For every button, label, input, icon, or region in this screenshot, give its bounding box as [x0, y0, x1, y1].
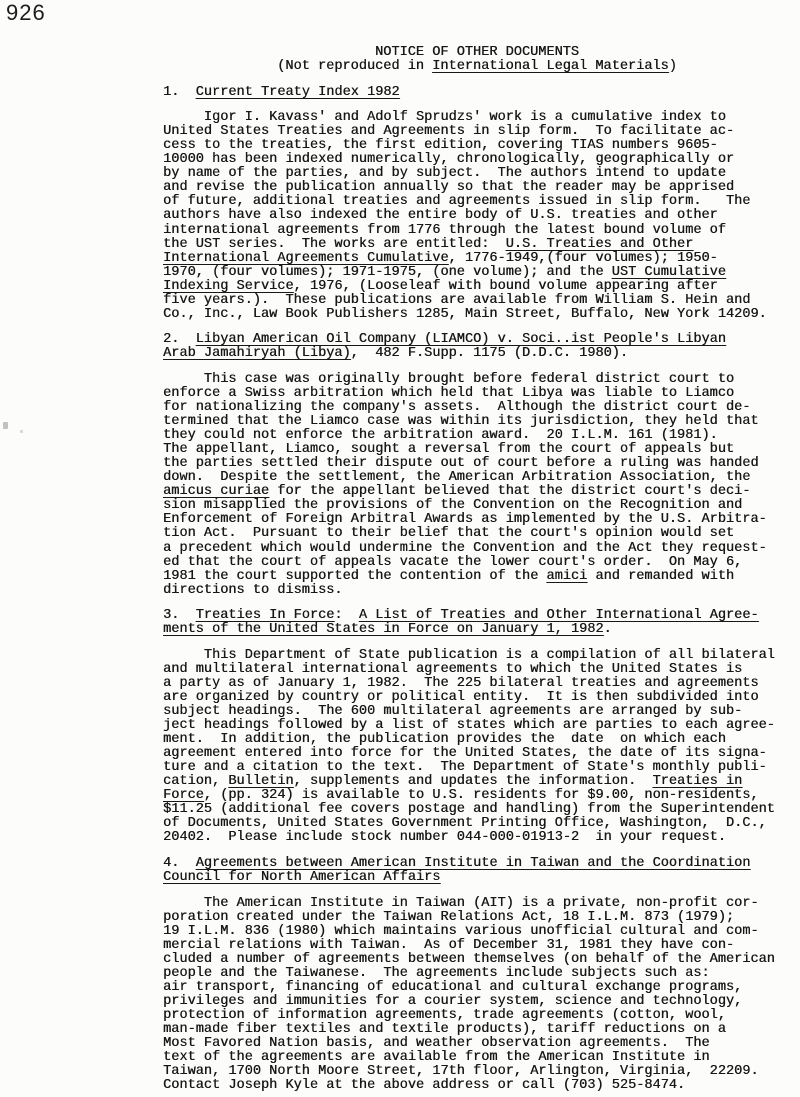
text-line: privileges and immunities for a courier …: [163, 995, 791, 1009]
text-line: 19 I.L.M. 836 (1980) which maintains var…: [163, 925, 791, 939]
text-line: ment. In addition, the publication provi…: [163, 733, 791, 747]
section-heading: 4. Agreements between American Institute…: [163, 857, 791, 885]
text-line: of Documents, United States Government P…: [163, 817, 791, 831]
ink-speck: [20, 430, 23, 433]
text-line: agreement entered into force for the Uni…: [163, 747, 791, 761]
text-line: by name of the parties, and by subject. …: [163, 167, 791, 181]
document-subtitle: (Not reproduced in International Legal M…: [163, 60, 791, 74]
text-line: The appellant, Liamco, sought a reversal…: [163, 443, 791, 457]
text-line: are organized by country or political en…: [163, 691, 791, 705]
text-line: cess to the treaties, the first edition,…: [163, 139, 791, 153]
text-line: tion Act. Pursuant to their belief that …: [163, 527, 791, 541]
text-line: International Agreements Cumulative, 177…: [163, 252, 791, 266]
document-body: NOTICE OF OTHER DOCUMENTS (Not reproduce…: [163, 46, 791, 1097]
section-body: The American Institute in Taiwan (AIT) i…: [163, 897, 791, 1094]
notice-section: 3. Treaties In Force: A List of Treaties…: [163, 609, 791, 845]
text-line: Force, (pp. 324) is available to U.S. re…: [163, 789, 791, 803]
text-line: 1970, (four volumes); 1971-1975, (one vo…: [163, 266, 791, 280]
text-line: termined that the Liamco case was within…: [163, 415, 791, 429]
text-line: Arab Jamahiryah (Libya), 482 F.Supp. 117…: [163, 347, 791, 361]
section-body: This case was originally brought before …: [163, 373, 791, 598]
text-line: 2. Libyan American Oil Company (LIAMCO) …: [163, 333, 791, 347]
sections: 1. Current Treaty Index 1982 Igor I. Kav…: [163, 86, 791, 1094]
text-line: (Not reproduced in International Legal M…: [163, 60, 791, 74]
text-line: Enforcement of Foreign Arbitral Awards a…: [163, 513, 791, 527]
text-line: sion misapplied the provisions of the Co…: [163, 499, 791, 513]
text-line: text of the agreements are available fro…: [163, 1051, 791, 1065]
notice-section: 4. Agreements between American Institute…: [163, 857, 791, 1093]
notice-section: 1. Current Treaty Index 1982 Igor I. Kav…: [163, 86, 791, 322]
text-line: Contact Joseph Kyle at the above address…: [163, 1079, 791, 1093]
document-header: NOTICE OF OTHER DOCUMENTS (Not reproduce…: [163, 46, 791, 74]
text-line: 4. Agreements between American Institute…: [163, 857, 791, 871]
text-line: authors have also indexed the entire bod…: [163, 209, 791, 223]
document-title: NOTICE OF OTHER DOCUMENTS: [163, 46, 791, 60]
text-line: air transport, financing of educational …: [163, 981, 791, 995]
text-line: amicus curiae for the appellant believed…: [163, 485, 791, 499]
text-line: 10000 has been indexed numerically, chro…: [163, 153, 791, 167]
text-line: five years.). These publications are ava…: [163, 294, 791, 308]
text-line: cluded a number of agreements between th…: [163, 953, 791, 967]
text-line: 3. Treaties In Force: A List of Treaties…: [163, 609, 791, 623]
text-line: protection of information agreements, tr…: [163, 1009, 791, 1023]
text-line: The American Institute in Taiwan (AIT) i…: [163, 897, 791, 911]
text-line: ments of the United States in Force on J…: [163, 623, 791, 637]
section-body: Igor I. Kavass' and Adolf Sprudzs' work …: [163, 111, 791, 322]
text-line: subject headings. The 600 multilateral a…: [163, 705, 791, 719]
text-line: Taiwan, 1700 North Moore Street, 17th fl…: [163, 1065, 791, 1079]
text-line: a party as of January 1, 1982. The 225 b…: [163, 677, 791, 691]
notice-section: 2. Libyan American Oil Company (LIAMCO) …: [163, 333, 791, 597]
text-line: they could not enforce the arbitration a…: [163, 429, 791, 443]
text-line: and multilateral international agreement…: [163, 663, 791, 677]
text-line: of future, additional treaties and agree…: [163, 195, 791, 209]
text-line: 20402. Please include stock number 044-0…: [163, 831, 791, 845]
scanned-document-page: 926 NOTICE OF OTHER DOCUMENTS (Not repro…: [0, 0, 800, 1097]
text-line: This case was originally brought before …: [163, 373, 791, 387]
text-line: mercial relations with Taiwan. As of Dec…: [163, 939, 791, 953]
text-line: for nationalizing the company's assets. …: [163, 401, 791, 415]
text-line: a precedent which would undermine the Co…: [163, 542, 791, 556]
text-line: $11.25 (additional fee covers postage an…: [163, 803, 791, 817]
section-heading: 2. Libyan American Oil Company (LIAMCO) …: [163, 333, 791, 361]
text-line: directions to dismiss.: [163, 584, 791, 598]
text-line: enforce a Swiss arbitration which held t…: [163, 387, 791, 401]
text-line: down. Despite the settlement, the Americ…: [163, 471, 791, 485]
section-heading: 3. Treaties In Force: A List of Treaties…: [163, 609, 791, 637]
text-line: Most Favored Nation basis, and weather o…: [163, 1037, 791, 1051]
text-line: ed that the court of appeals vacate the …: [163, 556, 791, 570]
text-line: people and the Taiwanese. The agreements…: [163, 967, 791, 981]
ink-speck: [3, 422, 8, 429]
text-line: 1. Current Treaty Index 1982: [163, 86, 791, 100]
text-line: man-made fiber textiles and textile prod…: [163, 1023, 791, 1037]
section-heading: 1. Current Treaty Index 1982: [163, 86, 791, 100]
text-line: international agreements from 1776 throu…: [163, 224, 791, 238]
section-body: This Department of State publication is …: [163, 649, 791, 846]
page-number: 926: [6, 0, 46, 26]
text-line: Council for North American Affairs: [163, 871, 791, 885]
text-line: cation, Bulletin, supplements and update…: [163, 775, 791, 789]
text-line: Igor I. Kavass' and Adolf Sprudzs' work …: [163, 111, 791, 125]
text-line: 1981 the court supported the contention …: [163, 570, 791, 584]
text-line: United States Treaties and Agreements in…: [163, 125, 791, 139]
text-line: and revise the publication annually so t…: [163, 181, 791, 195]
text-line: This Department of State publication is …: [163, 649, 791, 663]
text-line: ture and a citation to the text. The Dep…: [163, 761, 791, 775]
text-line: Co., Inc., Law Book Publishers 1285, Mai…: [163, 308, 791, 322]
text-line: ject headings followed by a list of stat…: [163, 719, 791, 733]
text-line: the parties settled their dispute out of…: [163, 457, 791, 471]
text-line: poration created under the Taiwan Relati…: [163, 911, 791, 925]
text-line: the UST series. The works are entitled: …: [163, 238, 791, 252]
text-line: Indexing Service, 1976, (Looseleaf with …: [163, 280, 791, 294]
